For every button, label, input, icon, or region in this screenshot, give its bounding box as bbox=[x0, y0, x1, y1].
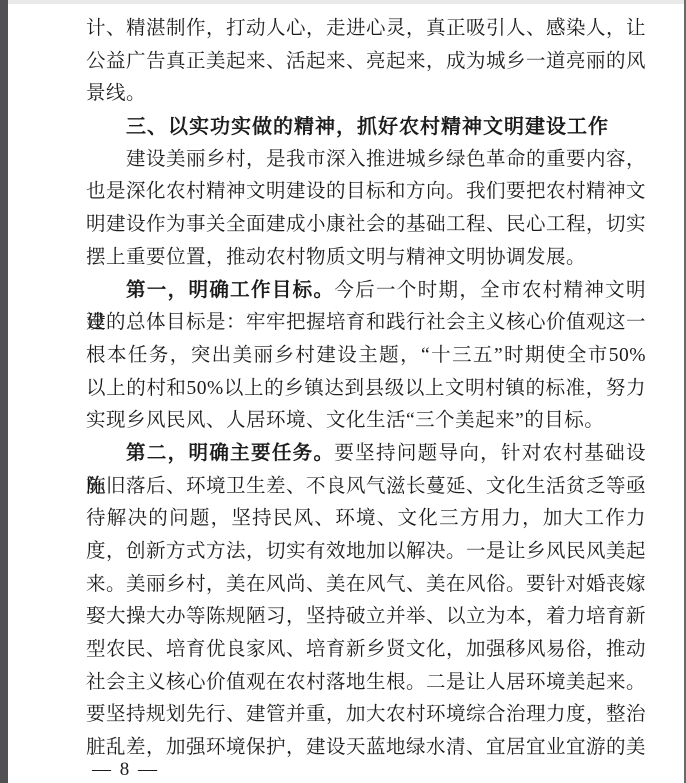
document-body: 计、精湛制作，打动人心，走进心灵，真正吸引人、感染人，让公益广告真正美起来、活起… bbox=[86, 13, 646, 765]
bold-lead-text: 三、以实功实做的精神，抓好农村精神文明建设工作 bbox=[126, 116, 609, 138]
document-page: 计、精湛制作，打动人心，走进心灵，真正吸引人、感染人，让公益广告真正美起来、活起… bbox=[0, 0, 686, 783]
text-line-8: 摆上重要位置，推动农村物质文明与精神文明协调发展。 bbox=[86, 242, 646, 275]
text-line-3: 景线。 bbox=[86, 78, 646, 111]
body-text: 公益广告真正美起来、活起来、亮起来，成为城乡一道亮丽的风 bbox=[86, 51, 646, 72]
body-text: 脏乱差，加强环境保护，建设天蓝地绿水清、宜居宜业宜游的美 bbox=[86, 737, 646, 758]
body-text: 建设美丽乡村，是我市深入推进城乡绿色革命的重要内容， bbox=[126, 149, 646, 170]
bold-lead-text: 第二，明确主要任务。 bbox=[126, 443, 334, 464]
text-line-23: 脏乱差，加强环境保护，建设天蓝地绿水清、宜居宜业宜游的美 bbox=[86, 732, 646, 765]
text-line-1: 计、精湛制作，打动人心，走进心灵，真正吸引人、感染人，让 bbox=[86, 13, 646, 46]
body-text: 摆上重要位置，推动农村物质文明与精神文明协调发展。 bbox=[86, 247, 586, 268]
text-line-21: 社会主义核心价值观在农村落地生根。二是让人居环境美起来。 bbox=[86, 667, 646, 700]
body-text: 实现乡风民风、人居环境、文化生活“三个美起来”的目标。 bbox=[86, 410, 604, 431]
text-line-9: 第一，明确工作目标。今后一个时期，全市农村精神文明建 bbox=[86, 275, 646, 308]
body-text: 设的总体目标是：牢牢把握培育和践行社会主义核心价值观这一 bbox=[86, 312, 646, 333]
body-text: 陈旧落后、环境卫生差、不良风气滋长蔓延、文化生活贫乏等亟 bbox=[86, 476, 646, 497]
text-line-13: 实现乡风民风、人居环境、文化生活“三个美起来”的目标。 bbox=[86, 405, 646, 438]
body-text: 型农民、培育优良家风、培育新乡贤文化，加强移风易俗，推动 bbox=[86, 639, 646, 660]
body-text: 待解决的问题，坚持民风、环境、文化三方用力，加大工作力 bbox=[86, 508, 646, 529]
text-line-18: 来。美丽乡村，美在风尚、美在风气、美在风俗。要针对婚丧嫁 bbox=[86, 569, 646, 602]
body-text: 以上的村和50%以上的乡镇达到县级以上文明村镇的标准，努力 bbox=[86, 378, 646, 399]
scan-edge-left bbox=[0, 0, 8, 783]
body-text: 计、精湛制作，打动人心，走进心灵，真正吸引人、感染人，让 bbox=[86, 18, 646, 39]
body-text: 根本任务，突出美丽乡村建设主题，“十三五”时期使全市50% bbox=[86, 345, 646, 366]
section-heading: 三、以实功实做的精神，抓好农村精神文明建设工作 bbox=[86, 111, 646, 144]
text-line-15: 陈旧落后、环境卫生差、不良风气滋长蔓延、文化生活贫乏等亟 bbox=[86, 471, 646, 504]
text-line-17: 度，创新方式方法，切实有效地加以解决。一是让乡风民风美起 bbox=[86, 536, 646, 569]
text-line-20: 型农民、培育优良家风、培育新乡贤文化，加强移风易俗，推动 bbox=[86, 634, 646, 667]
body-text: 景线。 bbox=[86, 83, 146, 104]
text-line-11: 根本任务，突出美丽乡村建设主题，“十三五”时期使全市50% bbox=[86, 340, 646, 373]
bold-lead-text: 第一，明确工作目标。 bbox=[126, 280, 334, 301]
scan-edge-top bbox=[0, 0, 686, 4]
body-text: 也是深化农村精神文明建设的目标和方向。我们要把农村精神文 bbox=[86, 181, 646, 202]
text-line-6: 也是深化农村精神文明建设的目标和方向。我们要把农村精神文 bbox=[86, 176, 646, 209]
text-line-2: 公益广告真正美起来、活起来、亮起来，成为城乡一道亮丽的风 bbox=[86, 46, 646, 79]
text-line-22: 要坚持规划先行、建管并重，加大农村环境综合治理力度，整治 bbox=[86, 699, 646, 732]
text-line-5: 建设美丽乡村，是我市深入推进城乡绿色革命的重要内容， bbox=[86, 144, 646, 177]
body-text: 娶大操大办等陈规陋习，坚持破立并举、以立为本，着力培育新 bbox=[86, 606, 646, 627]
body-text: 度，创新方式方法，切实有效地加以解决。一是让乡风民风美起 bbox=[86, 541, 646, 562]
body-text: 来。美丽乡村，美在风尚、美在风气、美在风俗。要针对婚丧嫁 bbox=[86, 574, 646, 595]
text-line-10: 设的总体目标是：牢牢把握培育和践行社会主义核心价值观这一 bbox=[86, 307, 646, 340]
text-line-12: 以上的村和50%以上的乡镇达到县级以上文明村镇的标准，努力 bbox=[86, 373, 646, 406]
body-text: 明建设作为事关全面建成小康社会的基础工程、民心工程，切实 bbox=[86, 214, 646, 235]
body-text: 要坚持规划先行、建管并重，加大农村环境综合治理力度，整治 bbox=[86, 704, 646, 725]
text-line-14: 第二，明确主要任务。要坚持问题导向，针对农村基础设施 bbox=[86, 438, 646, 471]
page-number: — 8 — bbox=[92, 759, 159, 781]
body-text: 社会主义核心价值观在农村落地生根。二是让人居环境美起来。 bbox=[86, 672, 646, 693]
text-line-7: 明建设作为事关全面建成小康社会的基础工程、民心工程，切实 bbox=[86, 209, 646, 242]
text-line-19: 娶大操大办等陈规陋习，坚持破立并举、以立为本，着力培育新 bbox=[86, 601, 646, 634]
text-line-16: 待解决的问题，坚持民风、环境、文化三方用力，加大工作力 bbox=[86, 503, 646, 536]
